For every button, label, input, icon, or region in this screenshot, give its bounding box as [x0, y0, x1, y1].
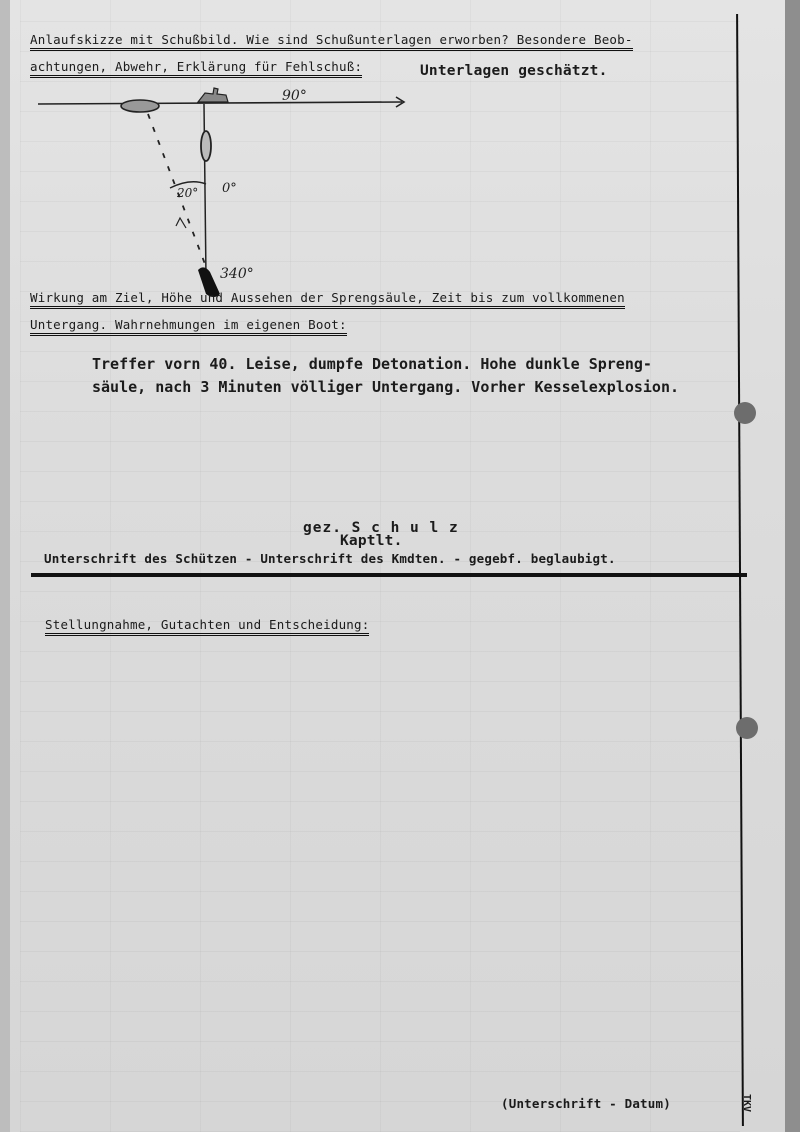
ship-superstructure-icon: [198, 88, 228, 102]
section1-heading-text1: Anlaufskizze mit Schußbild. Wie sind Sch…: [30, 32, 633, 51]
section3-heading-text: Stellungnahme, Gutachten und Entscheidun…: [45, 617, 369, 636]
paper-edge-left: [0, 0, 10, 1132]
section1-answer: Unterlagen geschätzt.: [420, 63, 608, 79]
section-divider: [31, 573, 747, 577]
section2-heading-line1: Wirkung am Ziel, Höhe und Aussehen der S…: [30, 290, 625, 305]
sketch-label-course: 90°: [282, 88, 307, 104]
submarine-icon: [201, 131, 211, 161]
punch-hole-lower: [736, 717, 758, 739]
sketch-label-bearing: 340°: [220, 266, 254, 282]
side-mark: TKV: [741, 1094, 752, 1112]
signature-rank: Kaptlt.: [340, 533, 403, 549]
section2-heading-text2: Untergang. Wahrnehmungen im eigenen Boot…: [30, 317, 347, 336]
sketch-label-zero: 0°: [222, 181, 237, 196]
paper-edge-right: [785, 0, 800, 1132]
target-ship-icon: [121, 100, 159, 112]
section1-heading-text2: achtungen, Abwehr, Erklärung für Fehlsch…: [30, 59, 362, 78]
punch-hole-upper: [734, 402, 756, 424]
sketch-label-angle: 20°: [176, 186, 198, 200]
attack-sketch: 90° 20° 0° 340°: [30, 80, 430, 310]
section1-heading-line2: achtungen, Abwehr, Erklärung für Fehlsch…: [30, 59, 362, 74]
section1-heading-line1: Anlaufskizze mit Schußbild. Wie sind Sch…: [30, 32, 633, 47]
section2-heading-text1: Wirkung am Ziel, Höhe und Aussehen der S…: [30, 290, 625, 309]
section2-answer-line2: säule, nach 3 Minuten völliger Untergang…: [92, 374, 679, 400]
signature-caption: Unterschrift des Schützen - Unterschrift…: [44, 551, 616, 566]
section3-heading: Stellungnahme, Gutachten und Entscheidun…: [45, 617, 369, 632]
section2-heading-line2: Untergang. Wahrnehmungen im eigenen Boot…: [30, 317, 347, 332]
footer-caption: (Unterschrift - Datum): [501, 1096, 671, 1111]
